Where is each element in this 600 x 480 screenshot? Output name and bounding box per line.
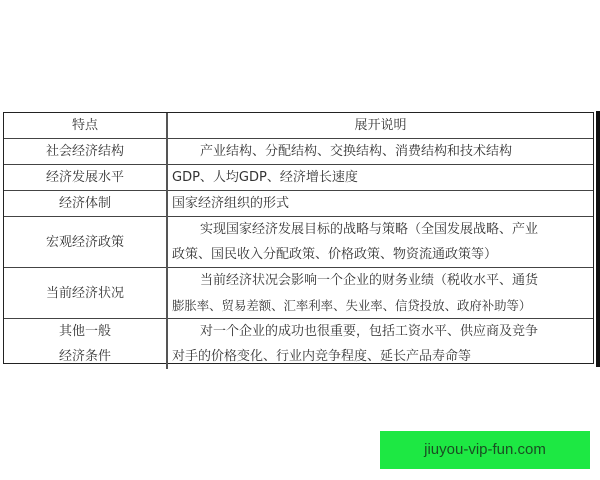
description-text-line-2: 膨胀率、贸易差额、汇率利率、失业率、信贷投放、政府补助等） <box>172 293 589 318</box>
description-text-line-2: 对手的价格变化、行业内竞争程度、延长产品寿命等 <box>172 344 589 369</box>
description-text-line-1: 对一个企业的成功也很重要，包括工资水平、供应商及竞争 <box>172 319 589 344</box>
table-row: 其他一般 经济条件 对一个企业的成功也很重要，包括工资水平、供应商及竞争 对手的… <box>4 319 593 370</box>
feature-text: 社会经济结构 <box>4 139 166 164</box>
header-feature: 特点 <box>4 113 167 139</box>
feature-cell: 其他一般 经济条件 <box>4 319 167 370</box>
description-text: 产业结构、分配结构、交换结构、消费结构和技术结构 <box>172 139 589 164</box>
feature-cell: 当前经济状况 <box>4 268 167 319</box>
feature-text: 经济发展水平 <box>4 165 166 190</box>
table-header-row: 特点 展开说明 <box>4 113 593 139</box>
watermark-badge: jiuyou-vip-fun.com <box>380 431 590 469</box>
economic-environment-table: 特点 展开说明 社会经济结构 产业结构、分配结构、交换结构、消费结构和技术结构 … <box>3 112 594 364</box>
table-row: 社会经济结构 产业结构、分配结构、交换结构、消费结构和技术结构 <box>4 139 593 165</box>
description-cell: 当前经济状况会影响一个企业的财务业绩（税收水平、通货 膨胀率、贸易差额、汇率利率… <box>167 268 593 319</box>
description-text-line-2: 政策、国民收入分配政策、价格政策、物资流通政策等） <box>172 242 589 267</box>
description-cell: 国家经济组织的形式 <box>167 191 593 217</box>
edge-bar <box>596 111 600 367</box>
table-row: 经济发展水平 GDP、人均GDP、经济增长速度 <box>4 165 593 191</box>
table-row: 当前经济状况 当前经济状况会影响一个企业的财务业绩（税收水平、通货 膨胀率、贸易… <box>4 268 593 319</box>
description-cell: GDP、人均GDP、经济增长速度 <box>167 165 593 191</box>
description-text: GDP、人均GDP、经济增长速度 <box>172 165 589 190</box>
feature-text: 宏观经济政策 <box>4 230 166 255</box>
feature-cell: 宏观经济政策 <box>4 217 167 268</box>
feature-cell: 经济发展水平 <box>4 165 167 191</box>
description-text: 国家经济组织的形式 <box>172 191 589 216</box>
header-description: 展开说明 <box>167 113 593 139</box>
table-row: 宏观经济政策 实现国家经济发展目标的战略与策略（全国发展战略、产业 政策、国民收… <box>4 217 593 268</box>
description-cell: 产业结构、分配结构、交换结构、消费结构和技术结构 <box>167 139 593 165</box>
feature-text-line-2: 经济条件 <box>4 344 166 369</box>
feature-cell: 经济体制 <box>4 191 167 217</box>
feature-cell: 社会经济结构 <box>4 139 167 165</box>
feature-text-line-1: 其他一般 <box>4 319 166 344</box>
table-row: 经济体制 国家经济组织的形式 <box>4 191 593 217</box>
feature-text: 经济体制 <box>4 191 166 216</box>
description-text-line-1: 实现国家经济发展目标的战略与策略（全国发展战略、产业 <box>172 217 589 242</box>
feature-text: 当前经济状况 <box>4 281 166 306</box>
description-text-line-1: 当前经济状况会影响一个企业的财务业绩（税收水平、通货 <box>172 268 589 293</box>
description-cell: 对一个企业的成功也很重要，包括工资水平、供应商及竞争 对手的价格变化、行业内竞争… <box>167 319 593 370</box>
description-cell: 实现国家经济发展目标的战略与策略（全国发展战略、产业 政策、国民收入分配政策、价… <box>167 217 593 268</box>
